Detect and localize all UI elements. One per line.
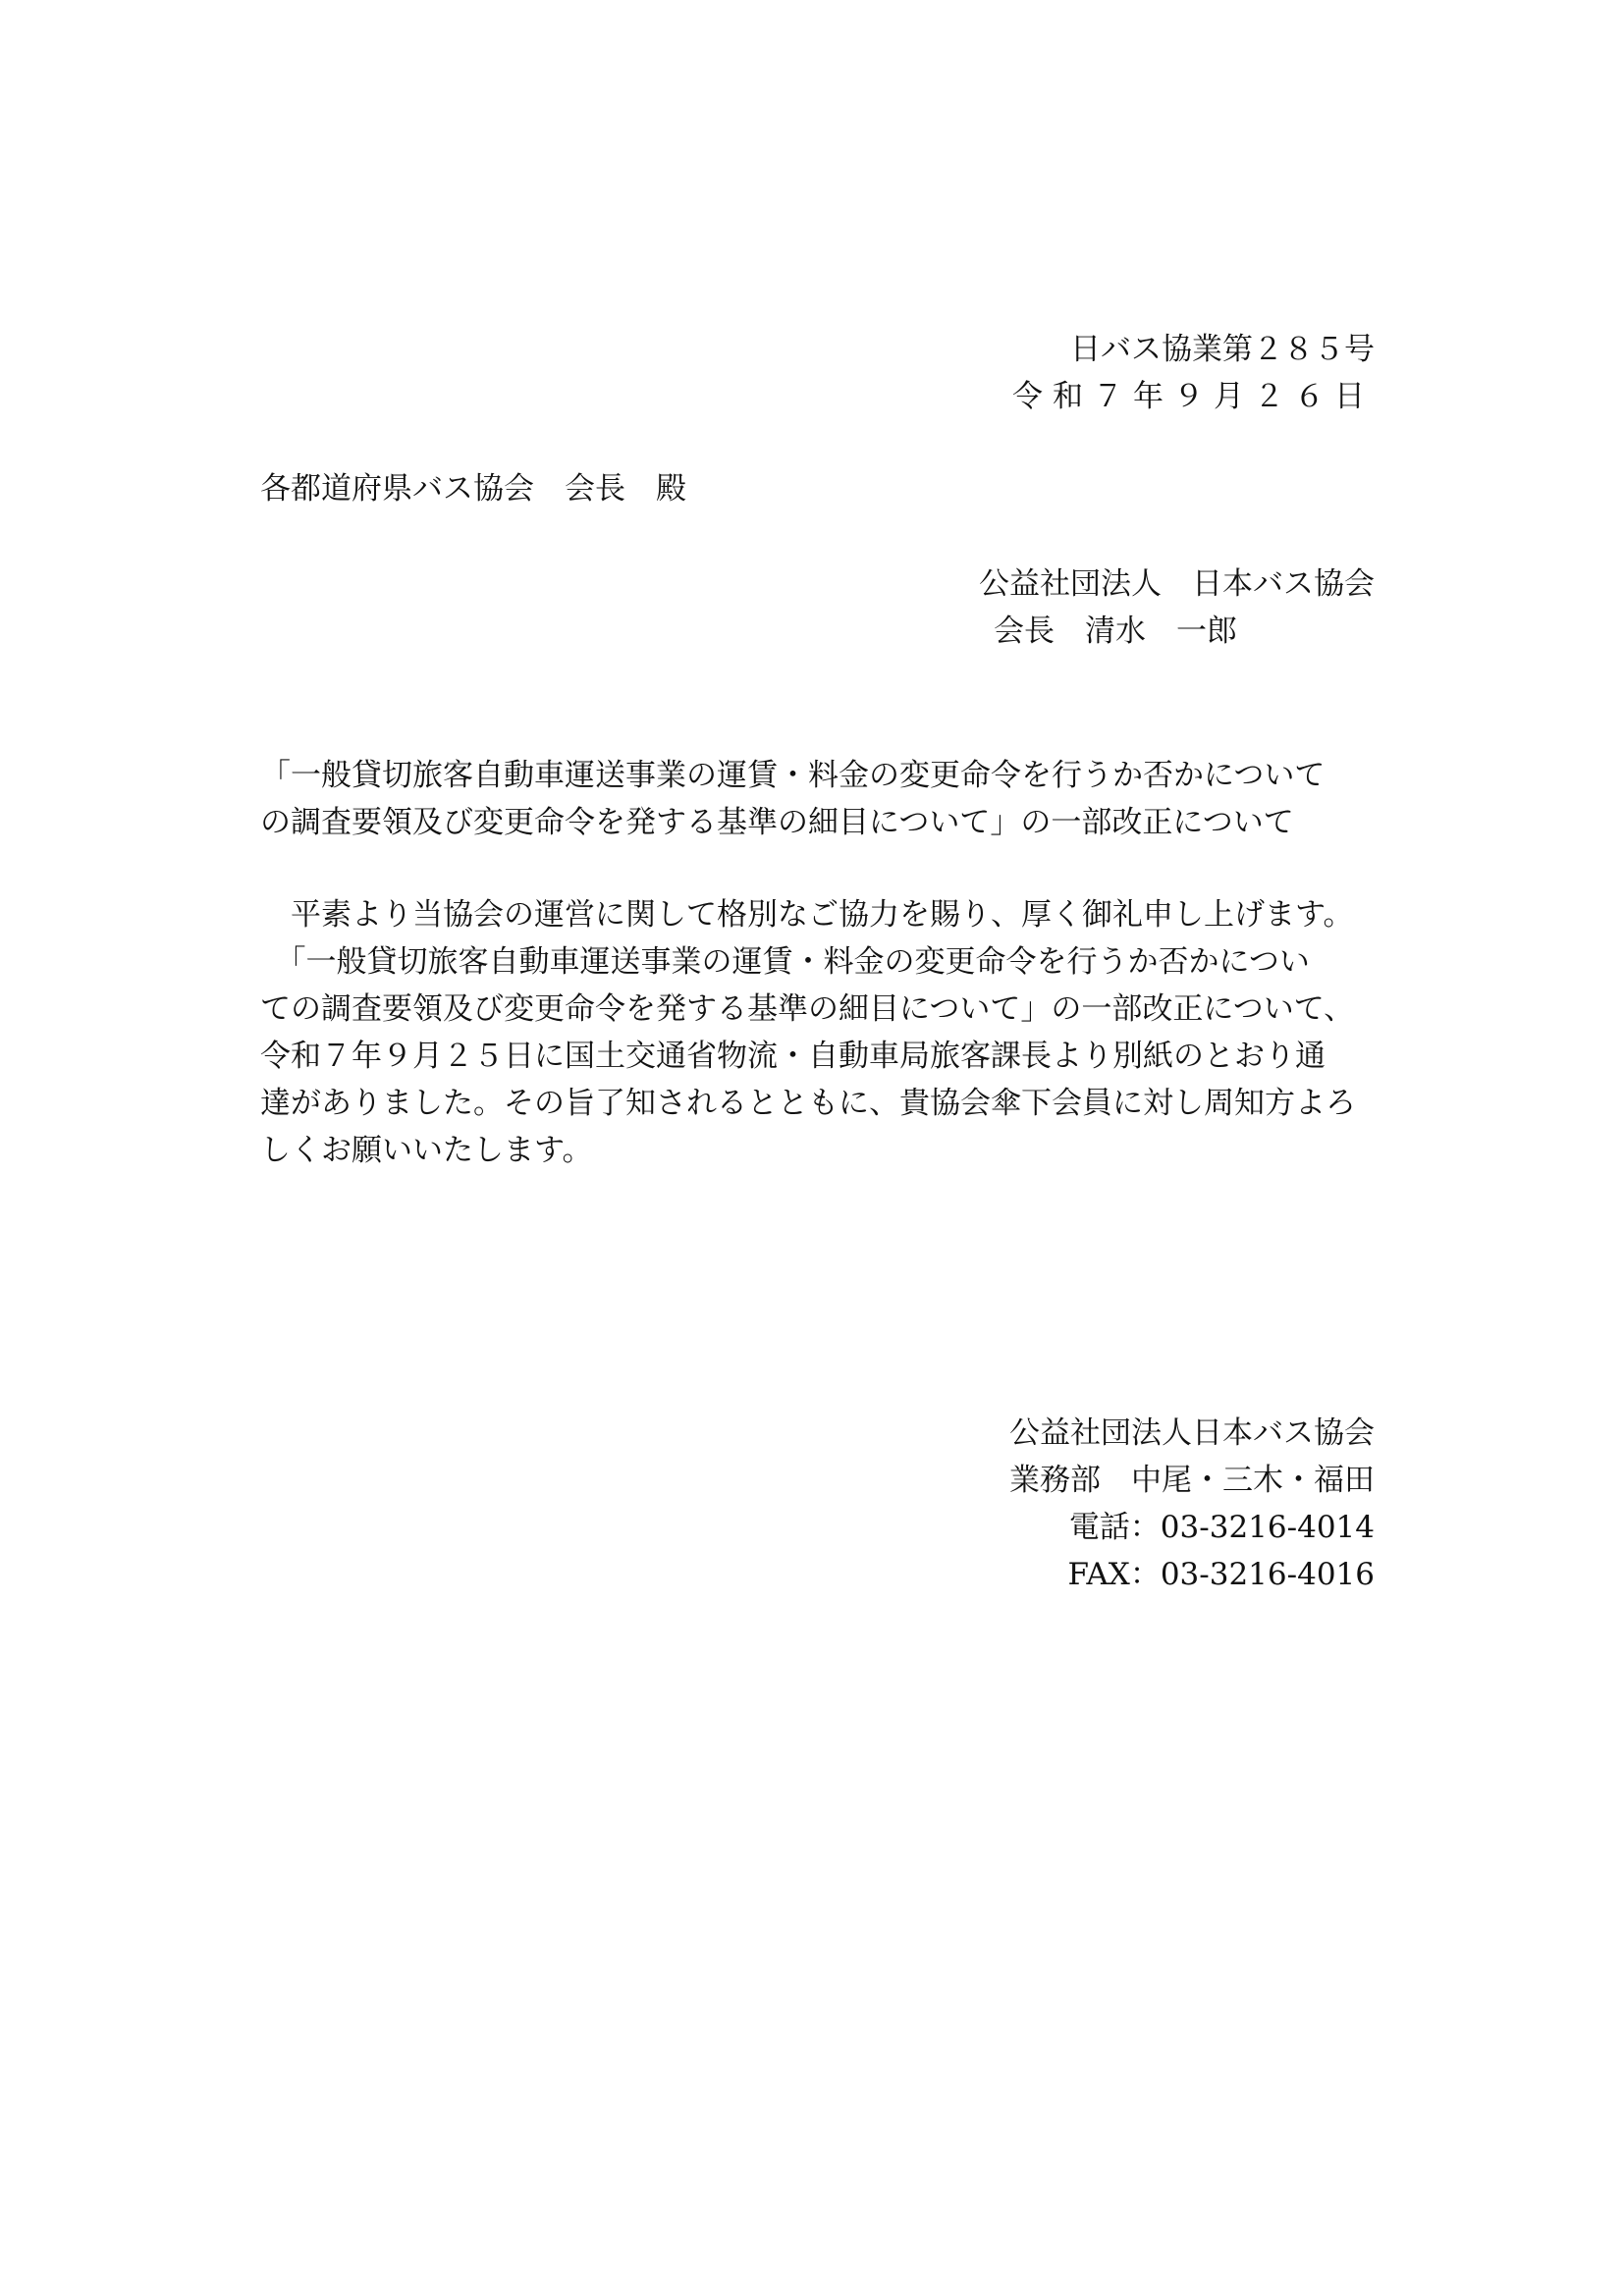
document-number: 日バス協業第２８５号 [1070, 330, 1375, 369]
body-text: 平素より当協会の運営に関して格別なご協力を賜り、厚く御礼申し上げます。 「一般貸… [260, 891, 1380, 1174]
contact-organization: 公益社団法人日本バス協会 [1009, 1414, 1375, 1453]
body-line: 平素より当協会の運営に関して格別なご協力を賜り、厚く御礼申し上げます。 [260, 891, 1380, 938]
sender-title-name: 会長 清水 一郎 [994, 612, 1237, 651]
addressee: 各都道府県バス協会 会長 殿 [260, 469, 686, 508]
sender-organization: 公益社団法人 日本バス協会 [979, 564, 1375, 604]
contact-phone: 電話：03-3216-4014 [1069, 1508, 1375, 1547]
body-line: 達がありました。その旨了知されるとともに、貴協会傘下会員に対し周知方よろ [260, 1080, 1380, 1127]
subject-line: の調査要領及び変更命令を発する基準の細目について」の一部改正について [260, 799, 1380, 846]
contact-department: 業務部 中尾・三木・福田 [1009, 1461, 1375, 1500]
body-line: ての調査要領及び変更命令を発する基準の細目について」の一部改正について、 [260, 986, 1380, 1033]
subject: 「一般貸切旅客自動車運送事業の運賃・料金の変更命令を行うか否かについて の調査要… [260, 752, 1380, 846]
document-date: 令和７年９月２６日 [1012, 377, 1375, 416]
contact-fax: FAX：03-3216-4016 [1068, 1555, 1375, 1594]
subject-line: 「一般貸切旅客自動車運送事業の運賃・料金の変更命令を行うか否かについて [260, 752, 1380, 799]
body-line: 令和７年９月２５日に国土交通省物流・自動車局旅客課長より別紙のとおり通 [260, 1033, 1380, 1080]
body-line: 「一般貸切旅客自動車運送事業の運賃・料金の変更命令を行うか否かについ [260, 938, 1380, 986]
body-line: しくお願いいたします。 [260, 1127, 1380, 1174]
